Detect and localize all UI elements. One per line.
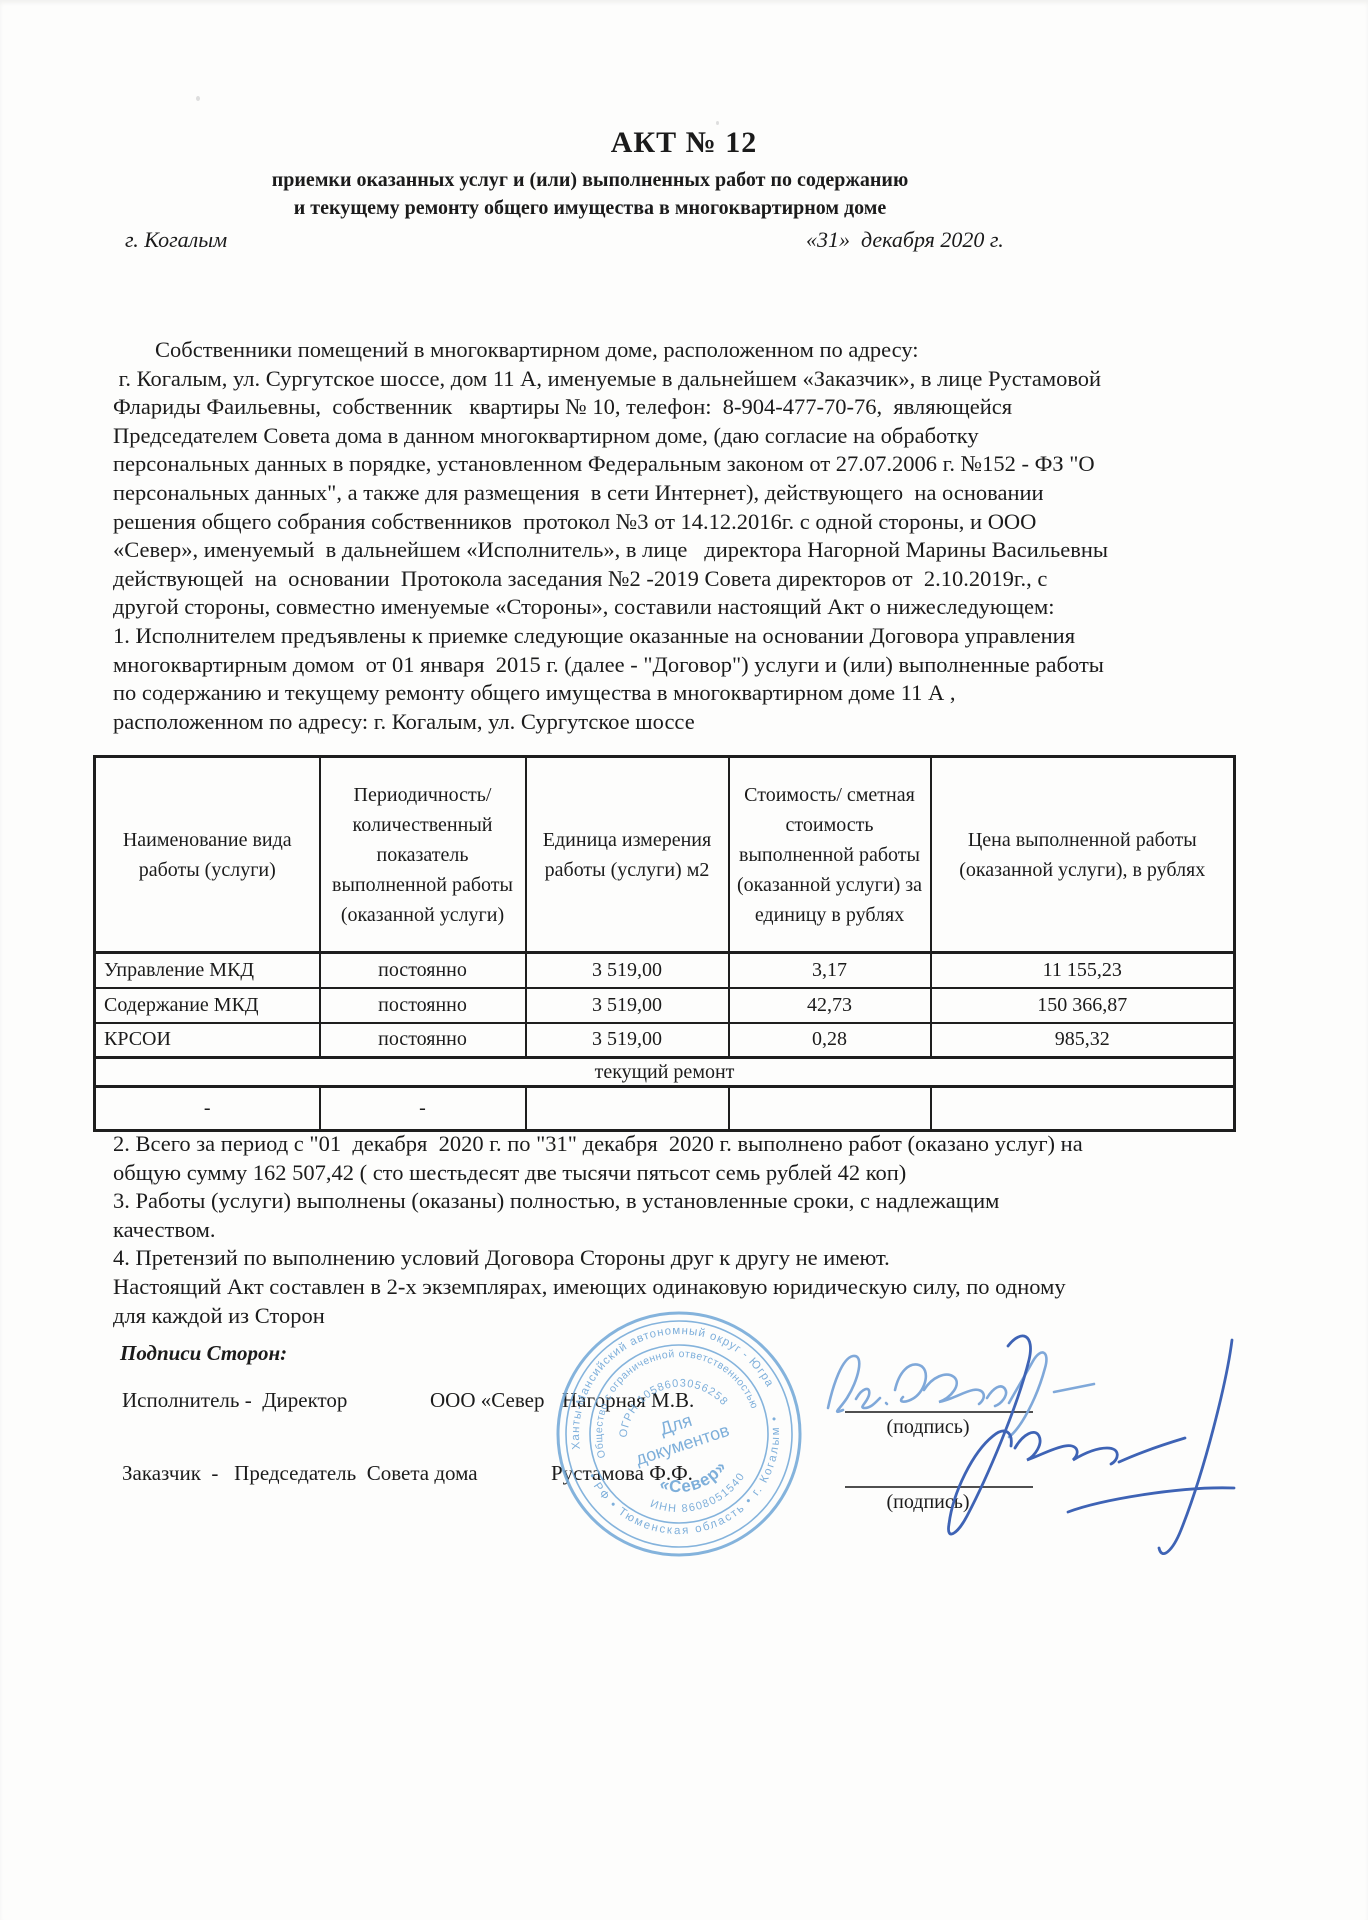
cell-price: 150 366,87 xyxy=(931,988,1235,1023)
cell-cost-per-unit: 3,17 xyxy=(729,953,931,988)
cell-empty xyxy=(729,1087,931,1131)
cell-cost-per-unit: 0,28 xyxy=(729,1023,931,1058)
document-page: АКТ № 12 приемки оказанных услуг и (или)… xyxy=(0,0,1368,1920)
seal-middle-circle xyxy=(567,1322,791,1546)
intro-line: многоквартирным домом от 01 января 2015 … xyxy=(113,652,1283,681)
signatures-heading: Подписи Сторон: xyxy=(120,1341,287,1366)
svg-text:• РФ • Тюменская область • г.: • РФ • Тюменская область • г. Когалым • xyxy=(585,1412,808,1564)
intro-line: решения общего собрания собственников пр… xyxy=(113,509,1283,538)
header-cell-price: Цена выполненной работы (оказанной услуг… xyxy=(931,757,1235,953)
customer-name: Рустамова Ф.Ф. xyxy=(551,1461,693,1486)
closing-line: 3. Работы (услуги) выполнены (оказаны) п… xyxy=(113,1188,1283,1217)
table-header-row: Наименование вида работы (услуги) Период… xyxy=(95,757,1235,953)
cell-periodicity: постоянно xyxy=(320,1023,526,1058)
signature-caption-executor: (подпись) xyxy=(848,1416,1008,1439)
intro-line: 1. Исполнителем предъявлены к приемке сл… xyxy=(113,623,1283,652)
table-row: Содержание МКД постоянно 3 519,00 42,73 … xyxy=(95,988,1235,1023)
header-cell-cost-per-unit: Стоимость/ сметная стоимость выполненной… xyxy=(729,757,931,953)
customer-role: Заказчик - Председатель Совета дома xyxy=(122,1461,478,1486)
document-date: «31» декабря 2020 г. xyxy=(806,227,1004,253)
cell-empty: - xyxy=(95,1087,320,1131)
intro-line: Председателем Совета дома в данном много… xyxy=(113,423,1283,452)
intro-line: другой стороны, совместно именуемые «Сто… xyxy=(113,594,1283,623)
customer-signature xyxy=(948,1336,1234,1554)
act-title: АКТ № 12 xyxy=(0,126,1368,160)
handwritten-signatures xyxy=(780,1320,1300,1580)
closing-line: 2. Всего за период с "01 декабря 2020 г.… xyxy=(113,1131,1283,1160)
cell-empty xyxy=(526,1087,729,1131)
signature-line-executor xyxy=(845,1411,1033,1413)
header-cell-name: Наименование вида работы (услуги) xyxy=(95,757,320,953)
scan-speck xyxy=(716,121,719,125)
header-cell-periodicity: Периодичность/ количественный показатель… xyxy=(320,757,526,953)
closing-line: Настоящий Акт составлен в 2-х экземпляра… xyxy=(113,1274,1283,1303)
table-row: КРСОИ постоянно 3 519,00 0,28 985,32 xyxy=(95,1023,1235,1058)
signature-line-customer xyxy=(845,1486,1033,1488)
cell-periodicity: постоянно xyxy=(320,953,526,988)
intro-line: по содержанию и текущему ремонту общего … xyxy=(113,680,1283,709)
intro-line: г. Когалым, ул. Сургутское шоссе, дом 11… xyxy=(113,366,1283,395)
intro-line: Собственники помещений в многоквартирном… xyxy=(113,337,1283,366)
act-subtitle-line-1: приемки оказанных услуг и (или) выполнен… xyxy=(130,166,1050,194)
cell-work-name: Управление МКД xyxy=(95,953,320,988)
closing-line: общую сумму 162 507,42 ( сто шестьдесят … xyxy=(113,1160,1283,1189)
closing-paragraph: 2. Всего за период с "01 декабря 2020 г.… xyxy=(113,1131,1283,1331)
closing-line: качеством. xyxy=(113,1217,1283,1246)
cell-empty: - xyxy=(320,1087,526,1131)
signature-caption-customer: (подпись) xyxy=(848,1491,1008,1514)
cell-work-name: Содержание МКД xyxy=(95,988,320,1023)
act-subtitle-line-2: и текущему ремонту общего имущества в мн… xyxy=(130,194,1050,222)
cell-price: 985,32 xyxy=(931,1023,1235,1058)
seal-outer-inner-circle xyxy=(537,1292,822,1577)
cell-unit: 3 519,00 xyxy=(526,988,729,1023)
intro-line: персональных данных в порядке, установле… xyxy=(113,451,1283,480)
cell-price: 11 155,23 xyxy=(931,953,1235,988)
executor-org: ООО «Север xyxy=(430,1388,544,1413)
cell-unit: 3 519,00 xyxy=(526,953,729,988)
table-merged-row: текущий ремонт xyxy=(95,1058,1235,1087)
executor-role: Исполнитель - Директор xyxy=(122,1388,347,1413)
document-place: г. Когалым xyxy=(125,227,227,253)
scan-speck xyxy=(196,96,200,101)
closing-line: для каждой из Сторон xyxy=(113,1303,1283,1332)
cell-periodicity: постоянно xyxy=(320,988,526,1023)
table-row: Управление МКД постоянно 3 519,00 3,17 1… xyxy=(95,953,1235,988)
intro-line: действующей на основании Протокола засед… xyxy=(113,566,1283,595)
intro-line: «Север», именуемый в дальнейшем «Исполни… xyxy=(113,537,1283,566)
services-table: Наименование вида работы (услуги) Период… xyxy=(93,755,1236,1132)
intro-line: Флариды Фаильевны, собственник квартиры … xyxy=(113,394,1283,423)
cell-cost-per-unit: 42,73 xyxy=(729,988,931,1023)
cell-empty xyxy=(931,1087,1235,1131)
seal-ring-outer-bottom-text: • РФ • Тюменская область • г. Когалым • xyxy=(585,1412,808,1564)
header-cell-unit: Единица измерения работы (услуги) м2 xyxy=(526,757,729,953)
executor-name: Нагорная М.В. xyxy=(562,1388,694,1413)
seal-center-line-1: Для xyxy=(657,1410,694,1439)
intro-paragraph: Собственники помещений в многоквартирном… xyxy=(113,337,1283,737)
act-subtitle: приемки оказанных услуг и (или) выполнен… xyxy=(130,166,1050,222)
intro-line: расположенном по адресу: г. Когалым, ул.… xyxy=(113,709,1283,738)
table-empty-row: - - xyxy=(95,1087,1235,1131)
intro-line: персональных данных", а также для размещ… xyxy=(113,480,1283,509)
cell-unit: 3 519,00 xyxy=(526,1023,729,1058)
cell-current-repair: текущий ремонт xyxy=(95,1058,1235,1087)
closing-line: 4. Претензий по выполнению условий Догов… xyxy=(113,1245,1283,1274)
cell-work-name: КРСОИ xyxy=(95,1023,320,1058)
